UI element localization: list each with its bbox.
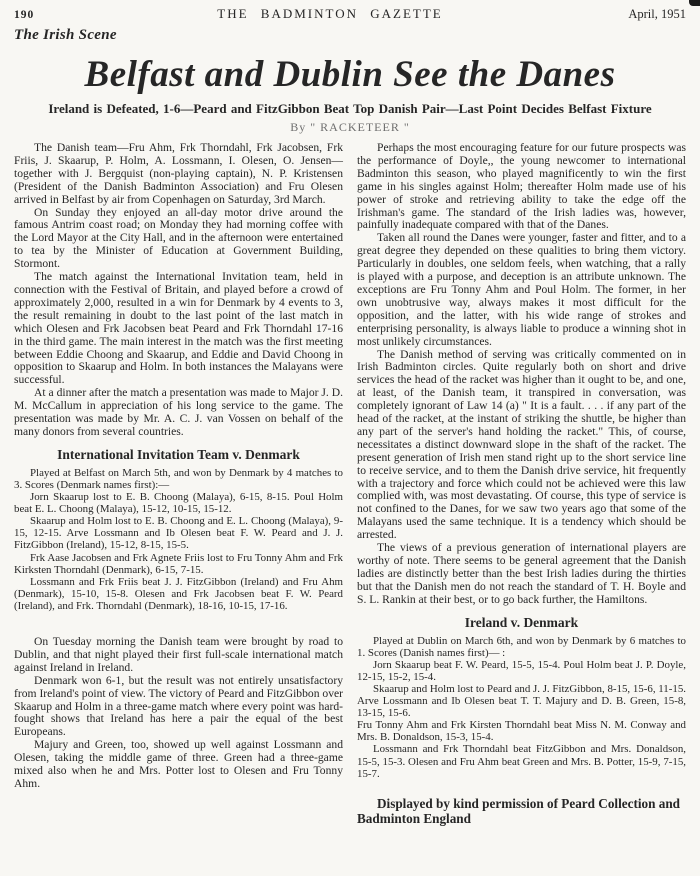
journal-title: THE BADMINTON GAZETTE xyxy=(84,6,576,22)
article-columns: The Danish team—Fru Ahm, Frk Thorndahl, … xyxy=(14,142,686,826)
match-result-line: Frk Aase Jacobsen and Frk Agnete Friis l… xyxy=(14,552,343,576)
left-column: The Danish team—Fru Ahm, Frk Thorndahl, … xyxy=(14,142,343,826)
match-result-line: Skaarup and Holm lost to E. B. Choong an… xyxy=(14,515,343,551)
scan-artifact-mark xyxy=(689,0,700,6)
masthead: 190 THE BADMINTON GAZETTE April, 1951 xyxy=(14,6,686,22)
match-result-line: Jorn Skaarup lost to E. B. Choong (Malay… xyxy=(14,491,343,515)
match-result-line: Played at Belfast on March 5th, and won … xyxy=(14,467,343,491)
match-result-line: Fru Tonny Ahm and Frk Kirsten Thorndahl … xyxy=(357,719,686,743)
paragraph: The Danish team—Fru Ahm, Frk Thorndahl, … xyxy=(14,142,343,207)
paragraph: The match against the International Invi… xyxy=(14,271,343,387)
paragraph: At a dinner after the match a presentati… xyxy=(14,387,343,439)
match-result-line: Lossmann and Frk Friis beat J. J. FitzGi… xyxy=(14,576,343,612)
paragraph: Perhaps the most encouraging feature for… xyxy=(357,142,686,232)
byline: By " RACKETEER " xyxy=(14,120,686,135)
paragraph: On Sunday they enjoyed an all-day motor … xyxy=(14,207,343,272)
headline: Belfast and Dublin See the Danes xyxy=(14,53,686,96)
issue-date: April, 1951 xyxy=(576,7,686,22)
magazine-page: 190 THE BADMINTON GAZETTE April, 1951 Th… xyxy=(0,0,700,876)
paragraph: Denmark won 6-1, but the result was not … xyxy=(14,675,343,740)
paragraph: Majury and Green, too, showed up well ag… xyxy=(14,739,343,791)
match-result-line: Played at Dublin on March 6th, and won b… xyxy=(357,635,686,659)
paragraph: The Danish method of serving was critica… xyxy=(357,349,686,543)
subheadline: Ireland is Defeated, 1-6—Peard and FitzG… xyxy=(14,101,686,117)
results-heading-dublin: Ireland v. Denmark xyxy=(357,615,686,631)
match-result-line: Lossmann and Frk Thorndahl beat FitzGibb… xyxy=(357,743,686,779)
match-result-line: Skaarup and Holm lost to Peard and J. J.… xyxy=(357,683,686,719)
paragraph: On Tuesday morning the Danish team were … xyxy=(14,636,343,675)
paragraph: The views of a previous generation of in… xyxy=(357,542,686,607)
permission-credit: Displayed by kind permission of Peard Co… xyxy=(357,796,686,826)
paragraph: Taken all round the Danes were younger, … xyxy=(357,232,686,348)
match-result-line: Jorn Skaarup beat F. W. Peard, 15-5, 15-… xyxy=(357,659,686,683)
page-number: 190 xyxy=(14,9,84,21)
results-heading-belfast: International Invitation Team v. Denmark xyxy=(14,447,343,463)
section-kicker: The Irish Scene xyxy=(14,27,686,44)
right-column: Perhaps the most encouraging feature for… xyxy=(357,142,686,826)
